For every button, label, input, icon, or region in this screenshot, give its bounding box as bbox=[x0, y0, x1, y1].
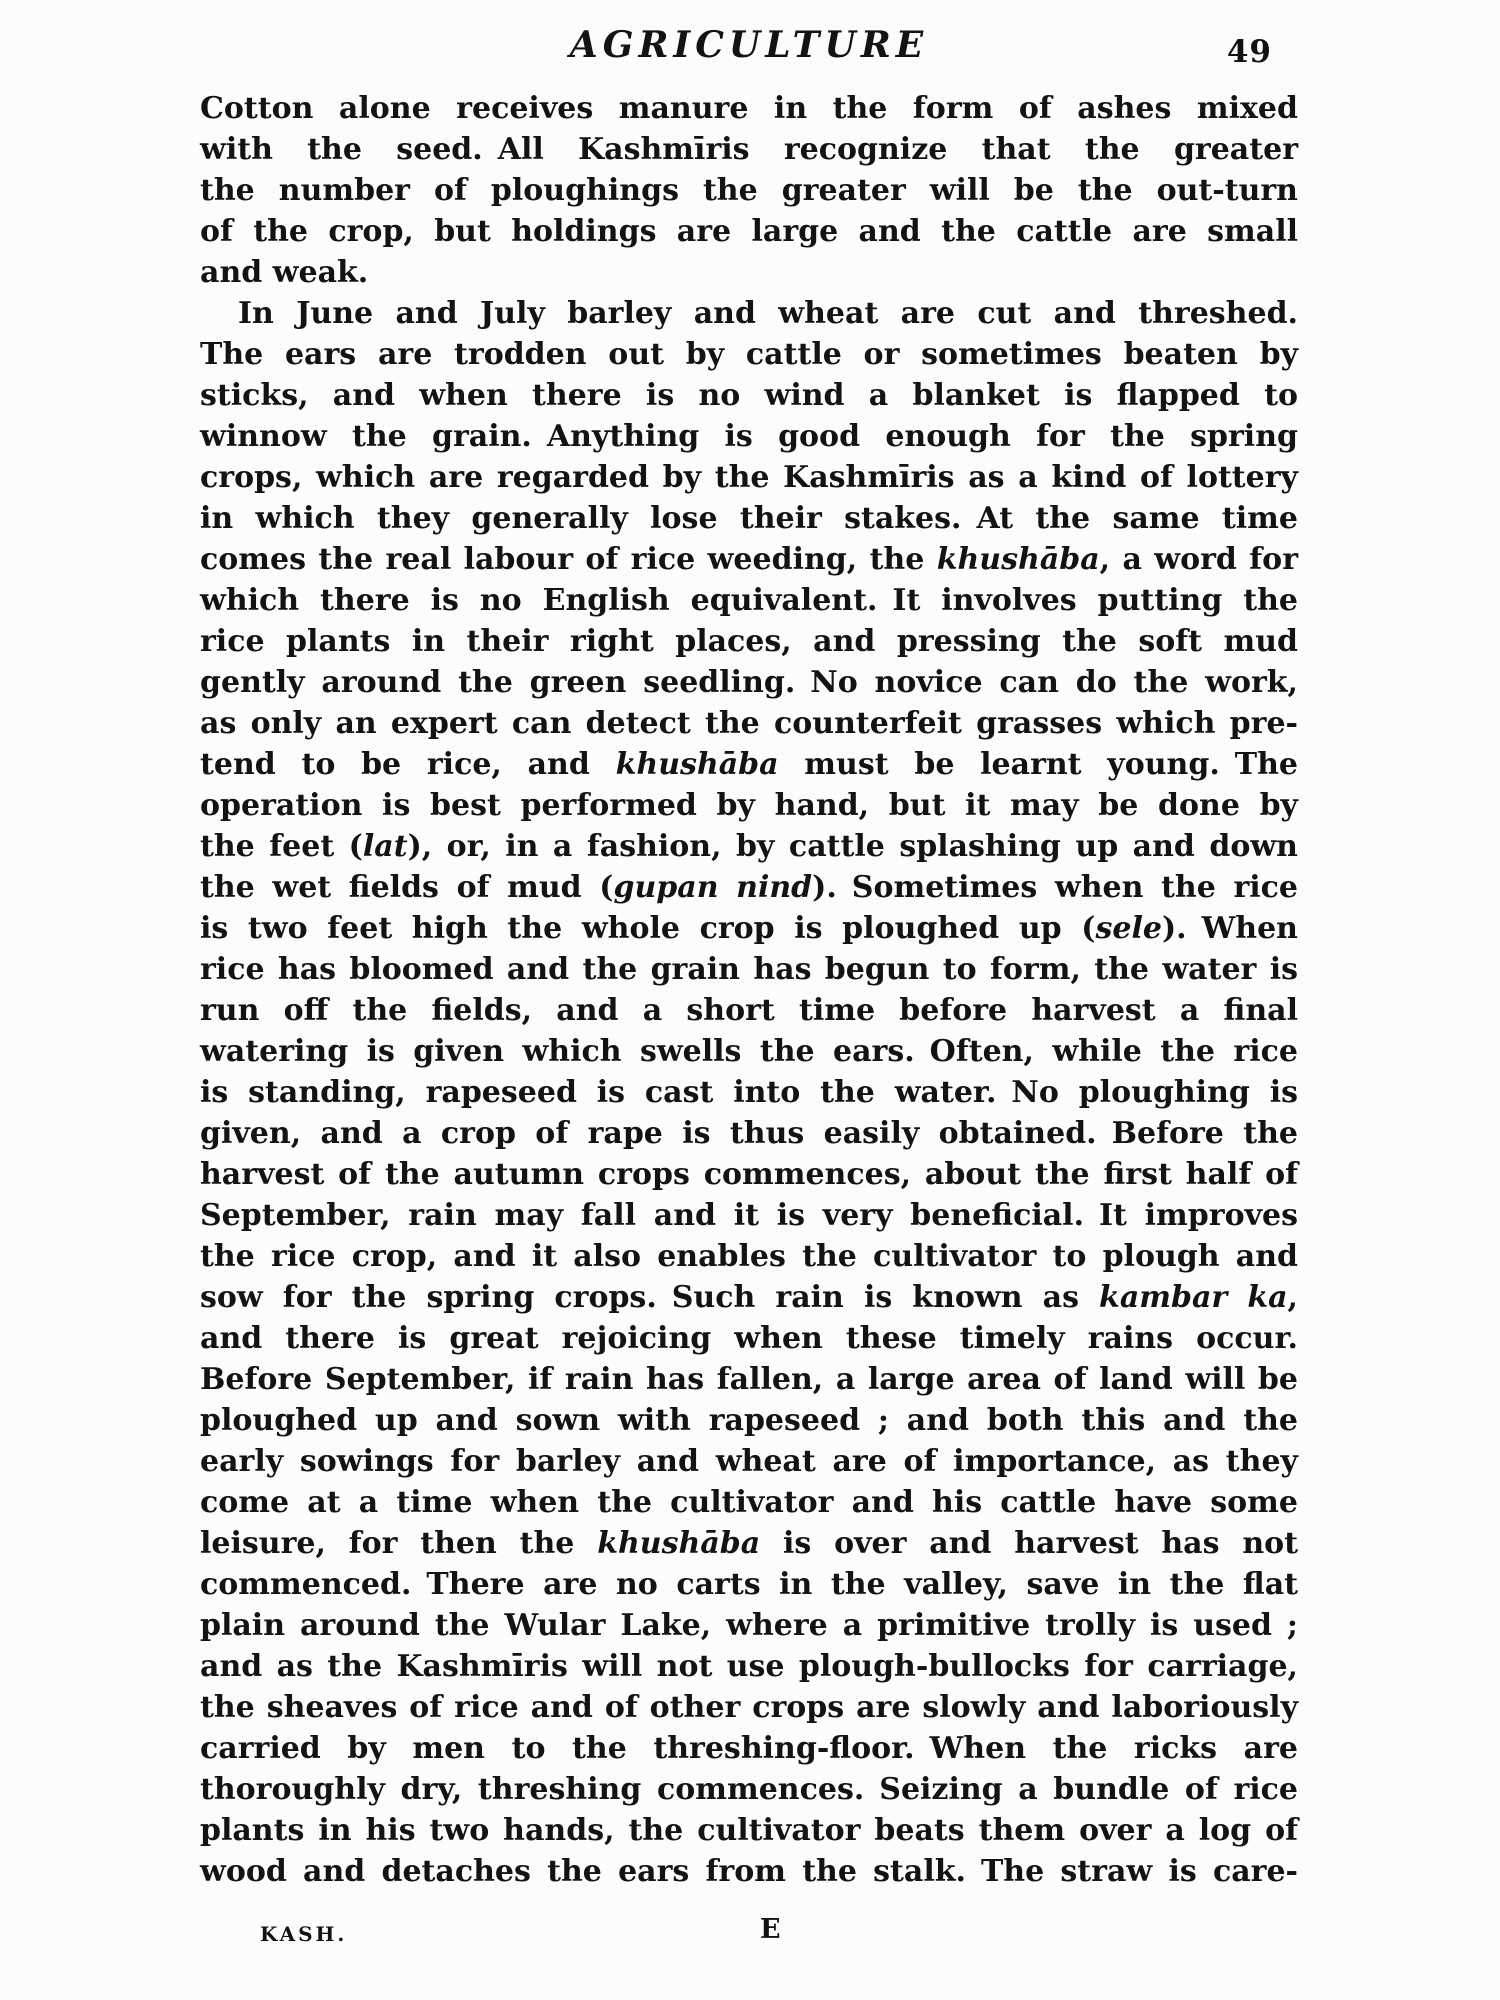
text-line: and weak. bbox=[200, 252, 1298, 293]
text-line: sow for the spring crops. Such rain is k… bbox=[200, 1277, 1298, 1318]
text-line: sticks, and when there is no wind a blan… bbox=[200, 375, 1298, 416]
text-line: wood and detaches the ears from the stal… bbox=[200, 1851, 1298, 1892]
text-segment: the sheaves of rice and of other crops a… bbox=[200, 1690, 1298, 1725]
text-segment: crops, which are regarded by the Kashmīr… bbox=[200, 460, 1298, 495]
text-segment: ). When bbox=[1162, 911, 1298, 946]
text-line: operation is best performed by hand, but… bbox=[200, 785, 1298, 826]
italic-term: khushāba bbox=[616, 747, 779, 782]
text-segment: the rice crop, and it also enables the c… bbox=[200, 1239, 1298, 1274]
text-line: September, rain may fall and it is very … bbox=[200, 1195, 1298, 1236]
text-segment: as only an expert can detect the counter… bbox=[200, 706, 1298, 741]
text-segment: the feet ( bbox=[200, 829, 363, 864]
text-segment: Cotton alone receives manure in the form… bbox=[200, 91, 1298, 126]
text-segment: commenced. There are no carts in the val… bbox=[200, 1567, 1298, 1602]
text-segment: , a word for bbox=[1100, 542, 1298, 577]
italic-term: lat bbox=[363, 829, 408, 864]
text-line: and there is great rejoicing when these … bbox=[200, 1318, 1298, 1359]
text-line: the wet fields of mud (gupan nind). Some… bbox=[200, 867, 1298, 908]
text-line: harvest of the autumn crops commences, a… bbox=[200, 1154, 1298, 1195]
text-line: gently around the green seedling. No nov… bbox=[200, 662, 1298, 703]
text-segment: September, rain may fall and it is very … bbox=[200, 1198, 1298, 1233]
text-line: watering is given which swells the ears.… bbox=[200, 1031, 1298, 1072]
text-line: given, and a crop of rape is thus easily… bbox=[200, 1113, 1298, 1154]
text-line: early sowings for barley and wheat are o… bbox=[200, 1441, 1298, 1482]
text-segment: given, and a crop of rape is thus easily… bbox=[200, 1116, 1298, 1151]
italic-term: khushāba bbox=[937, 542, 1100, 577]
text-segment: sticks, and when there is no wind a blan… bbox=[200, 378, 1298, 413]
text-line: is two feet high the whole crop is ploug… bbox=[200, 908, 1298, 949]
text-segment: leisure, for then the bbox=[200, 1526, 597, 1561]
page-title: AGRICULTURE bbox=[200, 24, 1298, 66]
text-line: with the seed. All Kashmīris recognize t… bbox=[200, 129, 1298, 170]
text-line: which there is no English equivalent. It… bbox=[200, 580, 1298, 621]
text-line: is standing, rapeseed is cast into the w… bbox=[200, 1072, 1298, 1113]
text-segment: must be learnt young. The bbox=[779, 747, 1298, 782]
text-line: and as the Kashmīris will not use plough… bbox=[200, 1646, 1298, 1687]
text-segment: run off the fields, and a short time bef… bbox=[200, 993, 1298, 1028]
italic-term: kambar ka bbox=[1099, 1280, 1288, 1315]
text-segment: and weak. bbox=[200, 255, 368, 290]
text-line: The ears are trodden out by cattle or so… bbox=[200, 334, 1298, 375]
text-line: as only an expert can detect the counter… bbox=[200, 703, 1298, 744]
text-line: ploughed up and sown with rapeseed ; and… bbox=[200, 1400, 1298, 1441]
text-segment: and there is great rejoicing when these … bbox=[200, 1321, 1298, 1356]
page-header: AGRICULTURE 49 bbox=[200, 24, 1298, 82]
page-number: 49 bbox=[1227, 34, 1272, 70]
text-segment: come at a time when the cultivator and h… bbox=[200, 1485, 1298, 1520]
text-segment: Before September, if rain has fallen, a … bbox=[200, 1362, 1298, 1397]
text-line: Cotton alone receives manure in the form… bbox=[200, 88, 1298, 129]
text-line: leisure, for then the khushāba is over a… bbox=[200, 1523, 1298, 1564]
text-segment: plain around the Wular Lake, where a pri… bbox=[200, 1608, 1298, 1643]
text-segment: rice plants in their right places, and p… bbox=[200, 624, 1298, 659]
text-line: commenced. There are no carts in the val… bbox=[200, 1564, 1298, 1605]
text-segment: plants in his two hands, the cultivator … bbox=[200, 1813, 1298, 1848]
text-segment: winnow the grain. Anything is good enoug… bbox=[200, 419, 1298, 454]
text-segment: sow for the spring crops. Such rain is k… bbox=[200, 1280, 1099, 1315]
text-line: the sheaves of rice and of other crops a… bbox=[200, 1687, 1298, 1728]
text-segment: ). Sometimes when the rice bbox=[812, 870, 1298, 905]
page-body: Cotton alone receives manure in the form… bbox=[200, 88, 1298, 1892]
text-segment: thoroughly dry, threshing commences. Sei… bbox=[200, 1772, 1298, 1807]
text-line: comes the real labour of rice weeding, t… bbox=[200, 539, 1298, 580]
italic-term: khushāba bbox=[597, 1526, 760, 1561]
text-line: come at a time when the cultivator and h… bbox=[200, 1482, 1298, 1523]
text-line: crops, which are regarded by the Kashmīr… bbox=[200, 457, 1298, 498]
sheet-mark: E bbox=[760, 1914, 781, 1945]
text-line: tend to be rice, and khushāba must be le… bbox=[200, 744, 1298, 785]
text-line: rice has bloomed and the grain has begun… bbox=[200, 949, 1298, 990]
italic-term: gupan nind bbox=[613, 870, 812, 905]
text-line: plain around the Wular Lake, where a pri… bbox=[200, 1605, 1298, 1646]
text-segment: with the seed. All Kashmīris recognize t… bbox=[200, 132, 1298, 167]
text-segment: is two feet high the whole crop is ploug… bbox=[200, 911, 1095, 946]
text-line: the number of ploughings the greater wil… bbox=[200, 170, 1298, 211]
text-line: rice plants in their right places, and p… bbox=[200, 621, 1298, 662]
text-segment: tend to be rice, and bbox=[200, 747, 616, 782]
text-segment: operation is best performed by hand, but… bbox=[200, 788, 1298, 823]
text-segment: the number of ploughings the greater wil… bbox=[200, 173, 1298, 208]
text-line: carried by men to the threshing-floor. W… bbox=[200, 1728, 1298, 1769]
text-line: the feet (lat), or, in a fashion, by cat… bbox=[200, 826, 1298, 867]
text-line: of the crop, but holdings are large and … bbox=[200, 211, 1298, 252]
italic-term: sele bbox=[1095, 911, 1161, 946]
text-segment: rice has bloomed and the grain has begun… bbox=[200, 952, 1298, 987]
text-segment: gently around the green seedling. No nov… bbox=[200, 665, 1298, 700]
printer-signature: KASH. bbox=[260, 1922, 347, 1946]
text-segment: and as the Kashmīris will not use plough… bbox=[200, 1649, 1298, 1684]
text-segment: harvest of the autumn crops commences, a… bbox=[200, 1157, 1298, 1192]
text-segment: of the crop, but holdings are large and … bbox=[200, 214, 1298, 249]
text-segment: comes the real labour of rice weeding, t… bbox=[200, 542, 937, 577]
text-segment: The ears are trodden out by cattle or so… bbox=[200, 337, 1298, 372]
text-line: thoroughly dry, threshing commences. Sei… bbox=[200, 1769, 1298, 1810]
text-segment: is over and harvest has not bbox=[760, 1526, 1298, 1561]
text-segment: ), or, in a fashion, by cattle splashing… bbox=[408, 829, 1298, 864]
text-segment: carried by men to the threshing-floor. W… bbox=[200, 1731, 1298, 1766]
text-segment: the wet fields of mud ( bbox=[200, 870, 613, 905]
text-segment: which there is no English equivalent. It… bbox=[200, 583, 1298, 618]
text-line: run off the fields, and a short time bef… bbox=[200, 990, 1298, 1031]
text-segment: ploughed up and sown with rapeseed ; and… bbox=[200, 1403, 1298, 1438]
text-line: the rice crop, and it also enables the c… bbox=[200, 1236, 1298, 1277]
text-line: In June and July barley and wheat are cu… bbox=[200, 293, 1298, 334]
text-segment: wood and detaches the ears from the stal… bbox=[200, 1854, 1298, 1889]
text-segment: in which they generally lose their stake… bbox=[200, 501, 1298, 536]
text-segment: In June and July barley and wheat are cu… bbox=[238, 296, 1298, 331]
book-page: AGRICULTURE 49 Cotton alone receives man… bbox=[0, 0, 1500, 2000]
text-segment: watering is given which swells the ears.… bbox=[200, 1034, 1298, 1069]
text-segment: , bbox=[1288, 1280, 1298, 1315]
text-line: plants in his two hands, the cultivator … bbox=[200, 1810, 1298, 1851]
text-segment: is standing, rapeseed is cast into the w… bbox=[200, 1075, 1298, 1110]
text-line: in which they generally lose their stake… bbox=[200, 498, 1298, 539]
text-segment: early sowings for barley and wheat are o… bbox=[200, 1444, 1298, 1479]
text-line: winnow the grain. Anything is good enoug… bbox=[200, 416, 1298, 457]
text-line: Before September, if rain has fallen, a … bbox=[200, 1359, 1298, 1400]
